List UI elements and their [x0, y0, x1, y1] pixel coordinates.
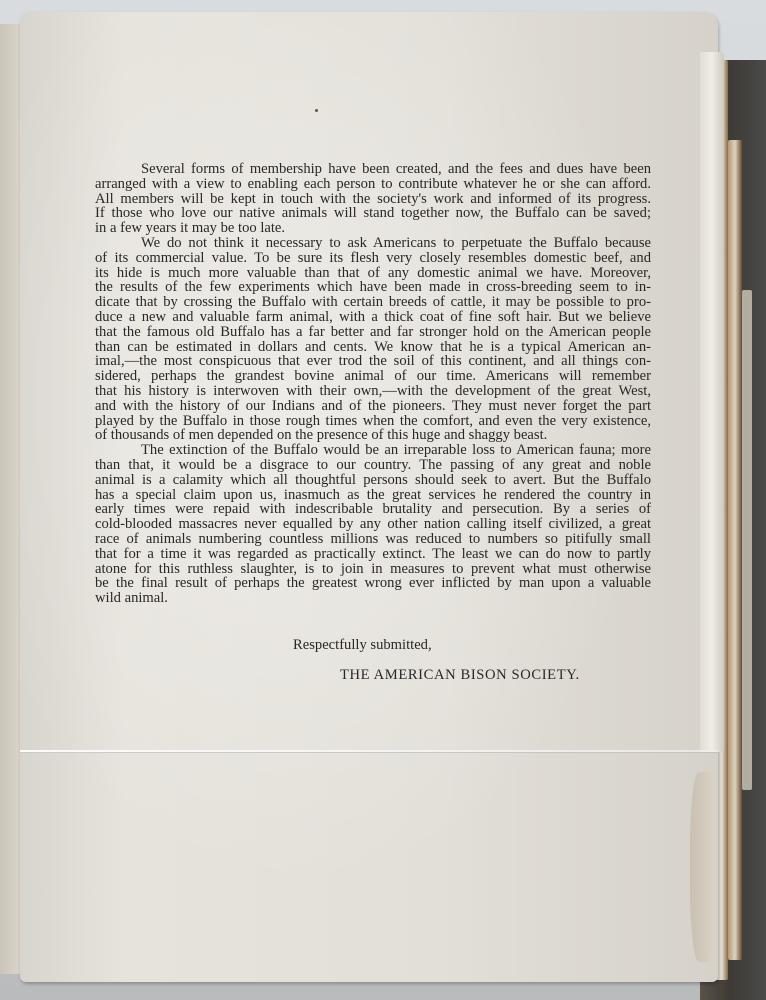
- text-line: atone for this ruthless slaughter, is to…: [95, 562, 651, 577]
- text-line: duce a new and valuable farm animal, wit…: [95, 310, 651, 325]
- text-line: of thousands of men depended on the pres…: [95, 428, 651, 443]
- text-line: The extinction of the Buffalo would be a…: [95, 443, 651, 458]
- text-line: race of animals numbering countless mill…: [95, 532, 651, 547]
- text-line: and with the history of our Indians and …: [95, 399, 651, 414]
- text-line: has a special claim upon us, inasmuch as…: [95, 488, 651, 503]
- text-line: We do not think it necessary to ask Amer…: [95, 236, 651, 251]
- text-line: that the famous old Buffalo has a far be…: [95, 325, 651, 340]
- text-line: of its commercial value. To be sure its …: [95, 251, 651, 266]
- text-line: If those who love our native animals wil…: [95, 206, 651, 221]
- cover-edge: [728, 140, 742, 960]
- text-line: than can be estimated in dollars and cen…: [95, 340, 651, 355]
- paper-speck: [315, 109, 318, 112]
- paragraph-commercial-value: We do not think it necessary to ask Amer…: [95, 236, 651, 443]
- page-fold-crease: [20, 750, 718, 753]
- text-line: All members will be kept in touch with t…: [95, 192, 651, 207]
- text-line: cold-blooded massacres never equalled by…: [95, 517, 651, 532]
- text-line: than that, it would be a disgrace to our…: [95, 458, 651, 473]
- text-line: its hide is much more valuable than that…: [95, 266, 651, 281]
- closing-line: Respectfully submitted,: [293, 637, 432, 654]
- text-line: imal,—the most conspicuous that ever tro…: [95, 354, 651, 369]
- document-body: Several forms of membership have been cr…: [95, 162, 651, 606]
- text-line: the results of the few experiments which…: [95, 280, 651, 295]
- text-line: wild animal.: [95, 591, 651, 606]
- paragraph-membership: Several forms of membership have been cr…: [95, 162, 651, 236]
- text-line: animal is a calamity which all thoughtfu…: [95, 473, 651, 488]
- signature: THE AMERICAN BISON SOCIETY.: [340, 667, 580, 684]
- loose-leaf-edge: [742, 290, 752, 790]
- text-line: sidered, perhaps the grandest bovine ani…: [95, 369, 651, 384]
- paragraph-extinction: The extinction of the Buffalo would be a…: [95, 443, 651, 606]
- text-line: dicate that by crossing the Buffalo with…: [95, 295, 651, 310]
- torn-right-flap: [700, 52, 724, 752]
- text-line: be the final result of perhaps the great…: [95, 576, 651, 591]
- text-line: in a few years it may be too late.: [95, 221, 651, 236]
- text-line: that for a time it was regarded as pract…: [95, 547, 651, 562]
- torn-bottom-corner: [690, 772, 712, 962]
- text-line: arranged with a view to enabling each pe…: [95, 177, 651, 192]
- text-line: Several forms of membership have been cr…: [95, 162, 651, 177]
- text-line: early times were repaid with indescribab…: [95, 502, 651, 517]
- text-line: that his history is interwoven with thei…: [95, 384, 651, 399]
- text-line: played by the Buffalo in those rough tim…: [95, 414, 651, 429]
